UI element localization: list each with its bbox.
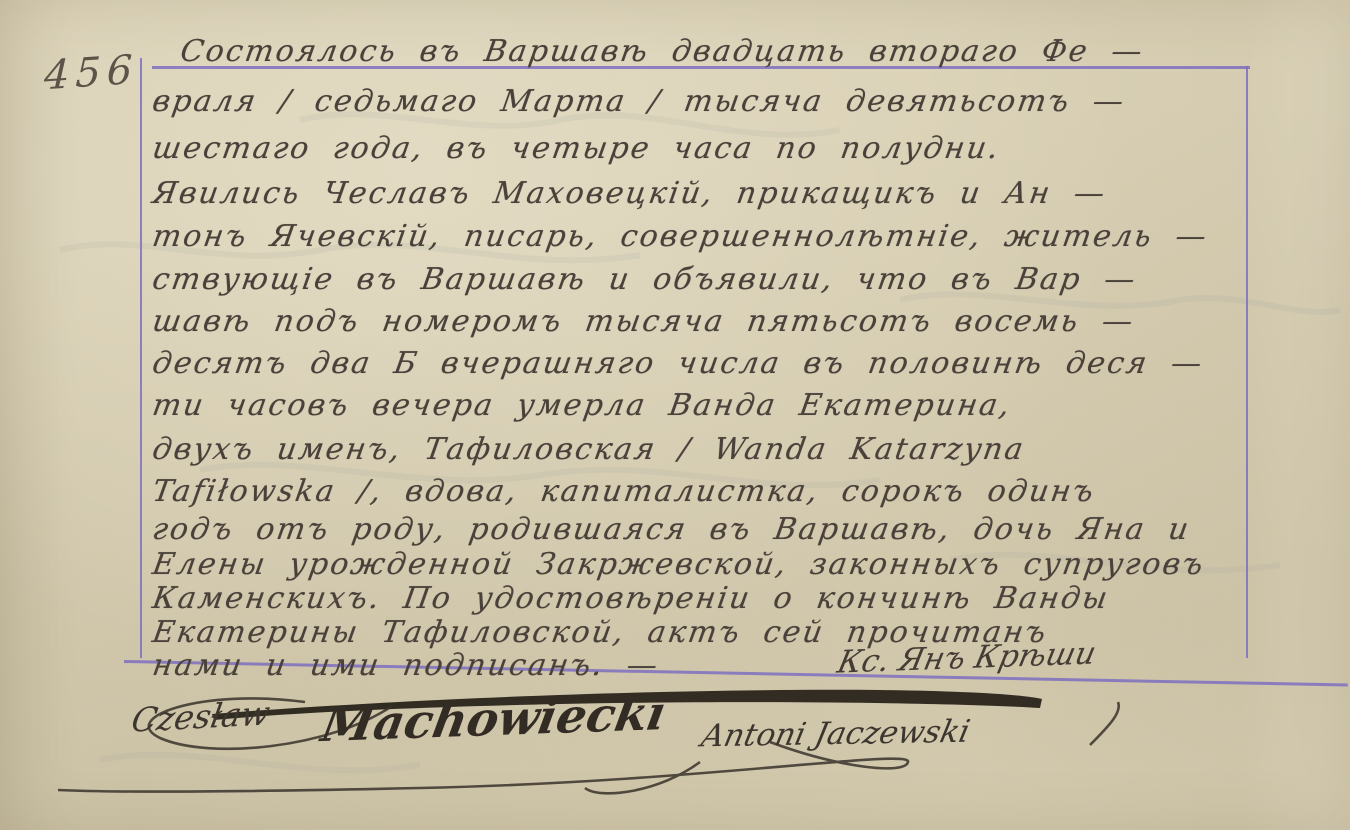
signature-antoni-jaczewski: Antoni Jaczewski	[698, 714, 973, 755]
act-line: Tafiłowska /, вдова, капиталистка, сорок…	[150, 474, 1098, 509]
signature-machowiecki: Machowiecki	[317, 686, 670, 753]
register-border-left	[140, 58, 142, 658]
act-line: двухъ именъ, Тафиловская / Wanda Katarzy…	[150, 432, 1028, 467]
act-line: шестаго года, въ четыре часа по полудни.	[150, 131, 1003, 166]
act-line: ствующіе въ Варшавѣ и объявили, что въ В…	[150, 262, 1139, 297]
act-line: Каменскихъ. По удостовѣреніи о кончинѣ В…	[150, 581, 1112, 616]
document-page: 456 Состоялось въ Варшавѣ двадцать втора…	[0, 0, 1350, 830]
page-number: 456	[43, 47, 139, 100]
act-line: годъ отъ роду, родившаяся въ Варшавѣ, до…	[150, 512, 1193, 547]
act-line: Явились Чеславъ Маховецкій, прикащикъ и …	[150, 176, 1109, 211]
act-line: Состоялось въ Варшавѣ двадцать втораго Ф…	[178, 34, 1147, 69]
register-border-right	[1246, 66, 1248, 658]
act-line: враля / седьмаго Марта / тысяча девятьсо…	[150, 84, 1128, 119]
act-line: десятъ два Б вчерашняго числа въ половин…	[150, 346, 1206, 381]
signature-czeslaw: Czesław	[129, 693, 273, 740]
act-line: ти часовъ вечера умерла Ванда Екатерина,	[150, 388, 1014, 423]
act-line: тонъ Ячевскій, писарь, совершеннолѣтніе,…	[150, 219, 1211, 254]
act-line: шавѣ подъ номеромъ тысяча пятьсотъ восем…	[150, 304, 1137, 339]
act-line: Елены урожденной Закржевской, законныхъ …	[150, 547, 1207, 582]
act-line: нами и ими подписанъ. —	[150, 648, 662, 683]
